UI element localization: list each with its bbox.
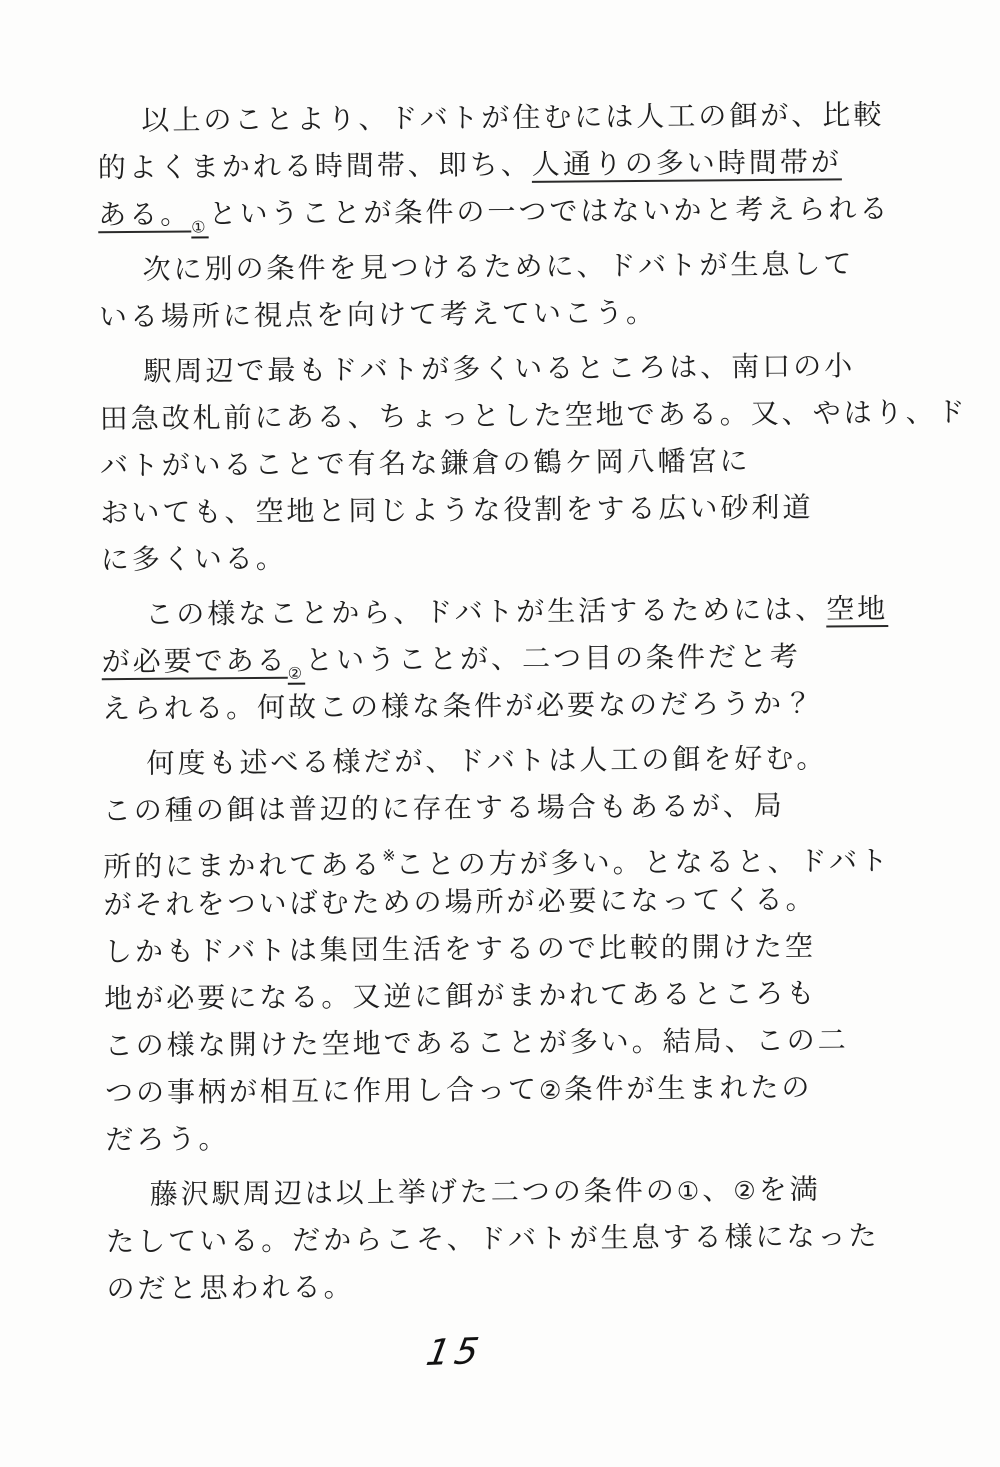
handwritten-text: 田急改札前にある、ちょっとした空地である。又、やはり、ド bbox=[100, 395, 968, 435]
underlined-text: ある。 bbox=[98, 198, 191, 232]
circled-number: ② bbox=[539, 1076, 565, 1105]
handwritten-text: に多くいる。 bbox=[101, 542, 287, 576]
paragraph: 藤沢駅周辺は以上挙げた二つの条件の①、②を満たしている。だからこそ、ドバトが生息… bbox=[106, 1165, 931, 1312]
handwritten-text-area: 以上のことより、ドバトが住むには人工の餌が、比較的よくまかれる時間帯、即ち、人通… bbox=[97, 91, 931, 1320]
handwritten-text: たしている。だからこそ、ドバトが生息する様になった bbox=[106, 1219, 880, 1258]
text-line: 何度も述べる様だが、ドバトは人工の餌を好む。 bbox=[102, 734, 926, 787]
handwritten-text: ということが、二つ目の条件だと考 bbox=[305, 640, 801, 677]
text-line: 田急改札前にある、ちょっとした空地である。又、やはり、ド bbox=[100, 389, 924, 442]
handwritten-text: 的よくまかれる時間帯、即ち、 bbox=[98, 148, 532, 184]
handwritten-text: えられる。何故この様な条件が必要なのだろうか？ bbox=[102, 687, 815, 726]
handwritten-text: 以上のことより、ドバトが住むには人工の餌が、比較 bbox=[141, 98, 884, 137]
handwritten-text: を満 bbox=[759, 1173, 821, 1206]
text-line: ある。①ということが条件の一つではないかと考えられる bbox=[98, 185, 922, 238]
paragraph: 以上のことより、ドバトが住むには人工の餌が、比較的よくまかれる時間帯、即ち、人通… bbox=[97, 91, 922, 238]
text-line: つの事柄が相互に作用し合って②条件が生まれたの bbox=[105, 1063, 929, 1116]
text-line: のだと思われる。 bbox=[106, 1259, 930, 1312]
handwritten-text: がそれをついばむための場所が必要になってくる。 bbox=[103, 883, 816, 922]
text-line: 藤沢駅周辺は以上挙げた二つの条件の①、②を満 bbox=[106, 1165, 930, 1218]
handwritten-text: 次に別の条件を見つけるために、ドバトが生息して bbox=[142, 247, 854, 286]
circled-number: ② bbox=[733, 1176, 759, 1205]
handwritten-text: ことの方が多い。となると、ドバト bbox=[396, 844, 891, 881]
text-line: いる場所に視点を向けて考えていこう。 bbox=[99, 287, 923, 340]
paragraph: 駅周辺で最もドバトが多くいるところは、南口の小田急改札前にある、ちょっとした空地… bbox=[99, 342, 925, 583]
text-line: 地が必要になる。又逆に餌がまかれてあるところも bbox=[104, 969, 928, 1022]
text-line: えられる。何故この様な条件が必要なのだろうか？ bbox=[102, 679, 926, 732]
handwritten-text: 、 bbox=[702, 1173, 733, 1206]
paragraph: この様なことから、ドバトが生活するためには、空地が必要である②ということが、二つ… bbox=[101, 585, 926, 732]
reference-asterisk: ※ bbox=[382, 846, 396, 865]
underlined-text: が必要である bbox=[102, 644, 288, 678]
scanned-page: 以上のことより、ドバトが住むには人工の餌が、比較的よくまかれる時間帯、即ち、人通… bbox=[0, 0, 1000, 1467]
handwritten-text: バトがいることで有名な鎌倉の鶴ケ岡八幡宮に bbox=[100, 444, 751, 482]
handwritten-text: だろう。 bbox=[105, 1122, 229, 1156]
underlined-text: 空地 bbox=[826, 592, 888, 625]
text-line: この様なことから、ドバトが生活するためには、空地 bbox=[101, 585, 925, 638]
handwritten-text: のだと思われる。 bbox=[106, 1270, 354, 1305]
text-line: 以上のことより、ドバトが住むには人工の餌が、比較 bbox=[97, 91, 921, 144]
handwritten-text: この種の餌は普辺的に存在する場合もあるが、局 bbox=[103, 789, 785, 827]
handwritten-text: 地が必要になる。又逆に餌がまかれてあるところも bbox=[104, 977, 817, 1016]
text-line: バトがいることで有名な鎌倉の鶴ケ岡八幡宮に bbox=[100, 436, 924, 489]
underlined-text: 人通りの多い時間帯が bbox=[532, 145, 842, 180]
text-line: 次に別の条件を見つけるために、ドバトが生息して bbox=[98, 240, 922, 293]
paragraph: 何度も述べる様だが、ドバトは人工の餌を好む。この種の餌は普辺的に存在する場合もあ… bbox=[102, 734, 929, 1163]
handwritten-text: つの事柄が相互に作用し合って bbox=[105, 1073, 539, 1109]
handwritten-text: 駅周辺で最もドバトが多くいるところは、南口の小 bbox=[143, 349, 855, 388]
text-line: が必要である②ということが、二つ目の条件だと考 bbox=[101, 632, 925, 685]
text-line: 的よくまかれる時間帯、即ち、人通りの多い時間帯が bbox=[98, 138, 922, 191]
text-line: たしている。だからこそ、ドバトが生息する様になった bbox=[106, 1212, 930, 1265]
text-line: この種の餌は普辺的に存在する場合もあるが、局 bbox=[103, 781, 927, 834]
page-number: 15 bbox=[423, 1331, 486, 1374]
handwritten-text: この様なことから、ドバトが生活するためには、 bbox=[145, 593, 826, 631]
circled-number-annotation: ① bbox=[191, 217, 208, 236]
text-line: に多くいる。 bbox=[101, 530, 925, 583]
handwritten-text: ということが条件の一つではないかと考えられる bbox=[208, 192, 890, 230]
text-line: がそれをついばむための場所が必要になってくる。 bbox=[103, 875, 927, 928]
handwritten-text: 所的にまかれてある bbox=[103, 848, 382, 883]
handwritten-text: おいても、空地と同じような役割をする広い砂利道 bbox=[100, 491, 813, 530]
text-line: 所的にまかれてある※ことの方が多い。となると、ドバト bbox=[103, 828, 927, 881]
circled-number: ① bbox=[677, 1177, 703, 1206]
handwritten-text: 条件が生まれたの bbox=[564, 1071, 812, 1106]
handwritten-text: この様な開けた空地であることが多い。結局、この二 bbox=[105, 1023, 849, 1062]
text-line: だろう。 bbox=[105, 1110, 929, 1163]
text-line: おいても、空地と同じような役割をする広い砂利道 bbox=[100, 483, 924, 536]
text-line: しかもドバトは集団生活をするので比較的開けた空 bbox=[104, 922, 928, 975]
handwritten-text: しかもドバトは集団生活をするので比較的開けた空 bbox=[104, 930, 816, 969]
text-line: この様な開けた空地であることが多い。結局、この二 bbox=[104, 1016, 928, 1069]
circled-number-annotation: ② bbox=[288, 664, 305, 683]
text-line: 駅周辺で最もドバトが多くいるところは、南口の小 bbox=[99, 342, 923, 395]
handwritten-text: 藤沢駅周辺は以上挙げた二つの条件の bbox=[150, 1174, 677, 1211]
handwritten-text: いる場所に視点を向けて考えていこう。 bbox=[99, 296, 657, 333]
handwritten-text: 何度も述べる様だが、ドバトは人工の餌を好む。 bbox=[146, 742, 827, 780]
paragraph: 次に別の条件を見つけるために、ドバトが生息している場所に視点を向けて考えていこう… bbox=[98, 240, 923, 340]
